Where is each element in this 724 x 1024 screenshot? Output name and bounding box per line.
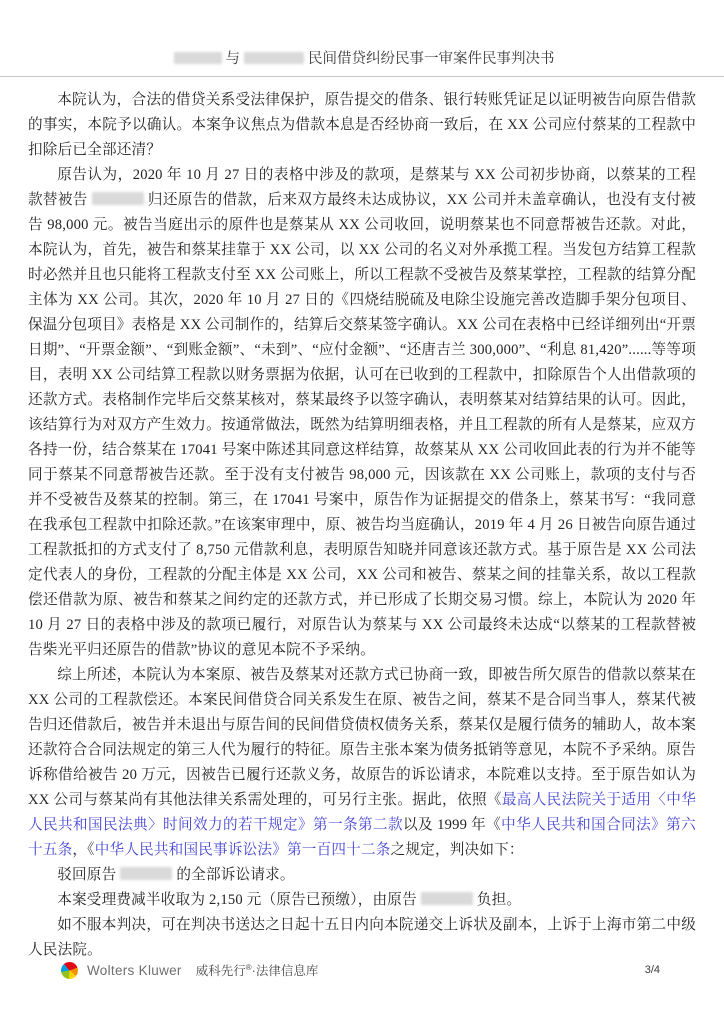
- judgment-body: 本院认为，合法的借贷关系受法律保护，原告提交的借条、银行转账凭证足以证明被告向原…: [28, 88, 696, 963]
- text-run: 与: [226, 51, 241, 67]
- text-run: 本案受理费减半收取为 2,150 元（原告已预缴），由原告: [57, 892, 417, 908]
- text-run: 综上所述，本院认为本案原、被告及蔡某对还款方式已协商一致，即被告所欠原告的借款以…: [28, 667, 696, 808]
- judgment-paragraph: 如不服本判决，可在判决书送达之日起十五日内向本院递交上诉状及副本，上诉于上海市第…: [28, 913, 696, 963]
- wolters-kluwer-logo-icon: [61, 962, 78, 979]
- judgment-paragraph: 原告认为，2020 年 10 月 27 日的表格中涉及的款项，是蔡某与 XX 公…: [28, 163, 696, 663]
- statute-link[interactable]: 中华人民共和国民事诉讼法》第一百四十二条: [95, 842, 391, 858]
- text-run: 归还原告的借款，后来双方最终未达成协议，XX 公司并未盖章确认，也没有支付被告 …: [28, 192, 696, 658]
- text-run: 的全部诉讼请求。: [176, 867, 294, 883]
- document-page: 与民间借贷纠纷民事一审案件民事判决书 本院认为，合法的借贷关系受法律保护，原告提…: [0, 0, 724, 1024]
- judgment-title: 与民间借贷纠纷民事一审案件民事判决书: [0, 47, 724, 68]
- judgment-paragraph: 驳回原告的全部诉讼请求。: [28, 863, 696, 888]
- product-name: 威科先行®·法律信息库: [196, 961, 319, 979]
- text-run: 本院认为，合法的借贷关系受法律保护，原告提交的借条、银行转账凭证足以证明被告向原…: [28, 92, 696, 158]
- text-run: ，《: [72, 842, 94, 858]
- judgment-paragraph: 综上所述，本院认为本案原、被告及蔡某对还款方式已协商一致，即被告所欠原告的借款以…: [28, 663, 696, 863]
- text-run: 以及 1999 年《: [403, 817, 501, 833]
- text-run: 负担。: [477, 892, 521, 908]
- footer-branding: Wolters Kluwer 威科先行®·法律信息库: [61, 961, 318, 979]
- brand-name: Wolters Kluwer: [87, 963, 182, 978]
- redacted-party-name: [92, 192, 144, 205]
- text-run: 如不服本判决，可在判决书送达之日起十五日内向本院递交上诉状及副本，上诉于上海市第…: [28, 917, 696, 958]
- redacted-party-name: [174, 52, 222, 64]
- redacted-party-name: [120, 867, 172, 880]
- judgment-paragraph: 本院认为，合法的借贷关系受法律保护，原告提交的借条、银行转账凭证足以证明被告向原…: [28, 88, 696, 163]
- text-run: 民间借贷纠纷民事一审案件民事判决书: [308, 51, 555, 67]
- text-run: 之规定，判决如下：: [391, 842, 524, 858]
- redacted-party-name: [244, 52, 304, 64]
- header-divider: [0, 76, 724, 77]
- judgment-paragraph: 本案受理费减半收取为 2,150 元（原告已预缴），由原告负担。: [28, 888, 696, 913]
- redacted-party-name: [421, 892, 473, 905]
- text-run: 驳回原告: [57, 867, 116, 883]
- page-indicator: 3/4: [645, 964, 660, 976]
